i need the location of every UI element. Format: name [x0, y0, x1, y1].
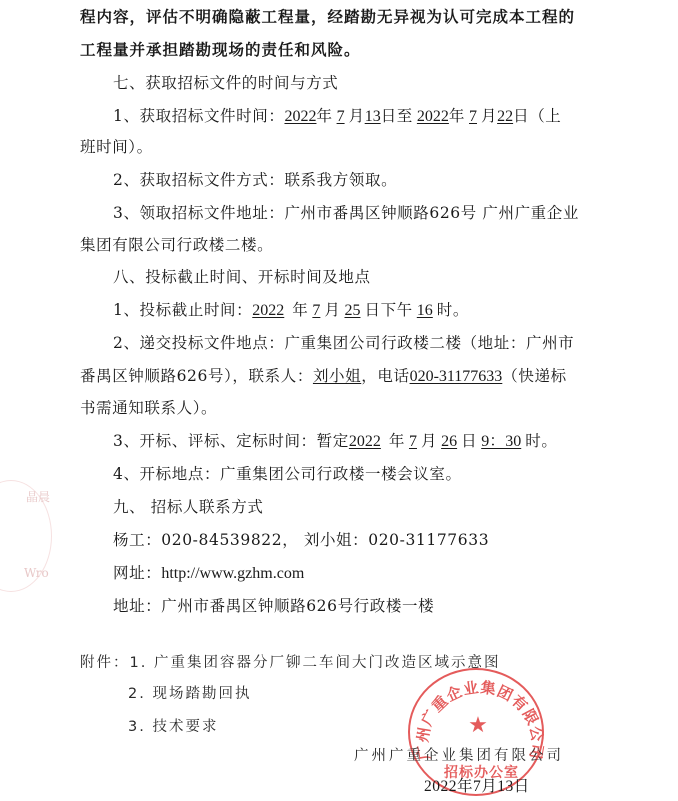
- time-value: 9：30: [477, 433, 525, 450]
- signature-company: 广州广重企业集团有限公司: [354, 745, 564, 767]
- year-value: 2022: [349, 433, 389, 450]
- website-link[interactable]: http://www.gzhm.com: [161, 565, 304, 582]
- year-value: 2022: [252, 302, 292, 319]
- label: 时。: [525, 432, 557, 450]
- hour-value: 16: [413, 302, 437, 319]
- label: 日至: [381, 107, 413, 125]
- section-7-title: 七、获取招标文件的时间与方式: [113, 72, 338, 94]
- section-7-item-2: 2、获取招标文件方式：联系我方领取。: [113, 169, 397, 191]
- label: 3、开标、评标、定标时间：暂定: [113, 432, 349, 450]
- label: （快递标: [502, 367, 566, 385]
- section-8-item-1: 1、投标截止时间：2022年7月25日下午16时。: [113, 299, 469, 322]
- label: 月: [324, 301, 340, 319]
- day-value: 13: [365, 108, 381, 125]
- document-page: 晶晨 Wro 程内容，评估不明确隐蔽工程量，经踏勘无异视为认可完成本工程的 工程…: [0, 0, 678, 801]
- year-value: 2022: [284, 108, 316, 125]
- label: 年: [316, 107, 332, 125]
- label: 日: [461, 432, 477, 450]
- label: 1、获取招标文件时间：: [113, 107, 284, 125]
- section-8-item-4: 4、开标地点：广重集团公司行政楼一楼会议室。: [113, 463, 462, 485]
- section-7-item-1-cont: 班时间）。: [80, 136, 153, 158]
- label: 日（上: [513, 107, 561, 125]
- contact-phone: 020-31177633: [410, 368, 503, 385]
- section-9-address: 地址：广州市番禺区钟顺路626号行政楼一楼: [113, 595, 434, 617]
- section-8-item-2-cont: 番禺区钟顺路626号），联系人：刘小姐，电话020-31177633（快递标: [80, 365, 567, 388]
- attachment-item: 3. 技术要求: [128, 716, 218, 738]
- section-9-contacts: 杨工：020-84539822， 刘小姐：020-31177633: [113, 529, 489, 551]
- section-7-item-1: 1、获取招标文件时间：2022年7月13日至2022年7月22日（上: [113, 105, 561, 128]
- section-9-website: 网址：http://www.gzhm.com: [113, 562, 304, 585]
- label: 年: [292, 301, 308, 319]
- label: 月: [421, 432, 437, 450]
- signature-date: 2022年7月13日: [424, 776, 530, 798]
- section-7-item-3-cont: 集团有限公司行政楼二楼。: [80, 234, 273, 256]
- paragraph-line: 程内容，评估不明确隐蔽工程量，经踏勘无异视为认可完成本工程的: [80, 6, 575, 28]
- label: 月: [481, 107, 497, 125]
- year-value: 2022: [413, 108, 449, 125]
- month-value: 7: [308, 302, 324, 319]
- day-value: 22: [497, 108, 513, 125]
- attachments-label: 附件：: [80, 655, 130, 671]
- day-value: 25: [340, 302, 364, 319]
- label: 番禺区钟顺路626号），联系人：: [80, 367, 313, 385]
- day-value: 26: [437, 433, 461, 450]
- svg-text:★: ★: [468, 713, 488, 738]
- faint-seal-mark-1: 晶晨: [26, 488, 50, 505]
- section-8-item-2-cont2: 书需通知联系人）。: [80, 397, 217, 419]
- section-8-item-3: 3、开标、评标、定标时间：暂定2022年7月26日9：30时。: [113, 430, 557, 453]
- attachment-item: 2. 现场踏勘回执: [128, 683, 251, 705]
- label: 月: [349, 107, 365, 125]
- section-8-item-2: 2、递交投标文件地点：广重集团公司行政楼二楼（地址：广州市: [113, 332, 574, 354]
- attachment-item: 1. 广重集团容器分厂铆二车间大门改造区域示意图: [130, 655, 501, 671]
- contact-name: 刘小姐: [313, 367, 361, 385]
- month-value: 7: [405, 433, 421, 450]
- label: 日下午: [364, 301, 412, 319]
- label: 网址：: [113, 564, 161, 582]
- label: 年: [449, 107, 465, 125]
- section-7-item-3: 3、领取招标文件地址：广州市番禺区钟顺路626号 广州广重企业: [113, 202, 579, 224]
- paragraph-line: 工程量并承担踏勘现场的责任和风险。: [80, 39, 361, 61]
- label: 时。: [437, 301, 469, 319]
- faint-seal-mark-2: Wro: [24, 566, 49, 580]
- section-8-title: 八、投标截止时间、开标时间及地点: [113, 266, 371, 288]
- label: ，电话: [361, 367, 409, 385]
- month-value: 7: [333, 108, 349, 125]
- month-value: 7: [465, 108, 481, 125]
- label: 1、投标截止时间：: [113, 301, 252, 319]
- section-9-title: 九、 招标人联系方式: [113, 496, 263, 518]
- label: 年: [389, 432, 405, 450]
